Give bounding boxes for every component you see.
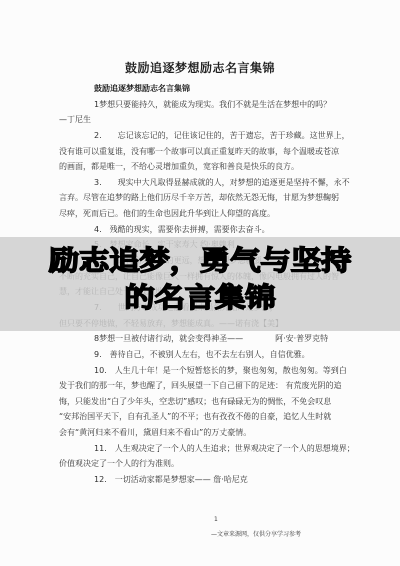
title-overlay-banner: 励志追梦，勇气与坚持 的名言集锦 xyxy=(0,237,400,331)
footer-source-note: —文章来源网，仅供分享学习参考 xyxy=(211,531,301,539)
doc-line: 悔，只能发出“白了少年头，空悲切”感叹；也有碌碌无为的惆怅，不免会叹息 xyxy=(59,394,359,410)
page-footer: 1 —文章来源网，仅供分享学习参考 xyxy=(211,516,301,539)
doc-line: 价值观决定了一个人的行为准则。 xyxy=(59,456,359,472)
doc-line: 2. 忘记该忘记的，记住该记住的，苦于遗忘，苦于珍藏。这世界上， xyxy=(59,128,359,144)
doc-line: 言弃。尽管在追梦的路上他们历尽千辛万苦，却依然无怨无悔，甘愿为梦想鞠躬 xyxy=(59,190,359,206)
document-page: 鼓励追逐梦想励志名言集锦 鼓励追逐梦想励志名言集锦1梦想只要能持久，就能成为现实… xyxy=(0,0,400,566)
overlay-title-line2: 的名言集锦 xyxy=(0,280,400,317)
page-number: 1 xyxy=(211,516,301,524)
doc-line: 发于我们的那一年，梦也醒了，回头展望一下自己留下的足迹： 有荒废光阴的追 xyxy=(59,378,359,394)
doc-line: 11. 人生观决定了一个人的人生追求；世界观决定了一个人的思想境界； xyxy=(59,441,359,457)
doc-line: 1梦想只要能持久，就能成为现实。我们不就是生活在梦想中的吗？ xyxy=(59,97,359,113)
doc-line: 8梦想一旦被付诸行动，就会变得神圣—— 阿·安·普罗克特 xyxy=(59,331,359,347)
doc-line: 3. 现实中大凡取得显赫成就的人，对梦想的追逐更是坚持不懈，永不 xyxy=(59,175,359,191)
doc-line: 会有“黄河归来不看川，黛眉归来不看山”的万丈豪情。 xyxy=(59,425,359,441)
overlay-title-line1: 励志追梦，勇气与坚持 xyxy=(0,243,400,280)
doc-line: —丁尼生 xyxy=(59,112,359,128)
doc-line: 4. 残酷的现实，需要你去拼搏，需要你去奋斗。 xyxy=(59,222,359,238)
doc-line: 鼓励追逐梦想励志名言集锦 xyxy=(59,81,359,97)
doc-line: “安邦治国平天下，自有孔圣人”的不平；也有孜孜不倦的自豪，追忆人生时就 xyxy=(59,409,359,425)
doc-line: 9. 善待自己，不被别人左右，也不去左右别人，自信优雅。 xyxy=(59,347,359,363)
document-title: 鼓励追逐梦想励志名言集锦 xyxy=(0,59,400,76)
doc-line: 没有谁可以重复谁，没有哪一个故事可以真正重复昨天的故事，每个温暖或苍凉 xyxy=(59,144,359,160)
doc-line: 10. 人生几十年！是一个短暂悠长的梦，聚也匆匆，散也匆匆。等到白 xyxy=(59,363,359,379)
doc-line: 的画面，都是唯一，不给心灵增加重负，宽容和善良是快乐的良方。 xyxy=(59,159,359,175)
doc-line: 12. 一切活动家都是梦想家—— 詹·哈尼克 xyxy=(59,472,359,488)
doc-line: 尽瘁，死而后已。他们的生命也因此升华到让人仰望的高度。 xyxy=(59,206,359,222)
